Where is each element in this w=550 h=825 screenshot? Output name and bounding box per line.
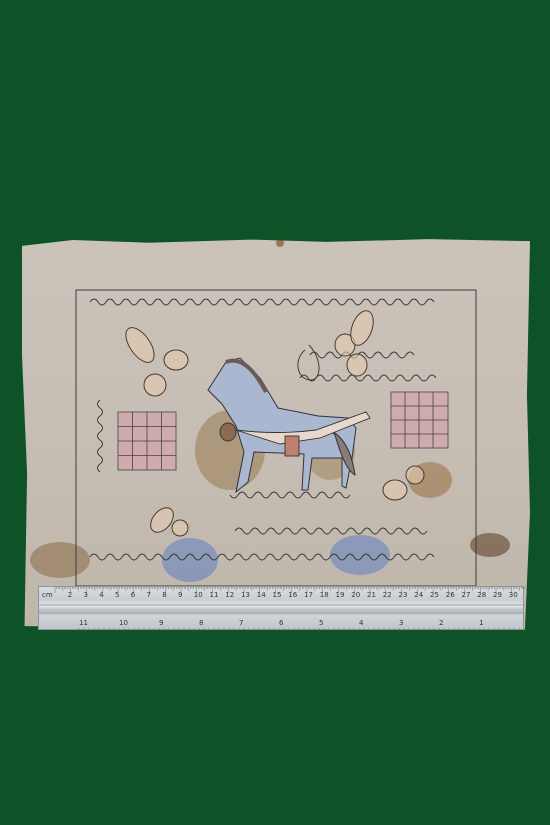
ruler-inch-label: 5 bbox=[319, 619, 323, 627]
ruler-inch-label: 1 bbox=[479, 619, 483, 627]
ruler-cm-label: 21 bbox=[367, 591, 376, 599]
ruler-inch-label: 4 bbox=[359, 619, 363, 627]
ruler-inch-label: 10 bbox=[119, 619, 128, 627]
ruler-cm-label: 22 bbox=[383, 591, 392, 599]
measuring-ruler: cm 2345678910111213141516171819202122232… bbox=[38, 586, 524, 630]
ruler-cm-label: 2 bbox=[68, 591, 72, 599]
ruler-cm-label: 14 bbox=[257, 591, 266, 599]
ruler-cm-label: 8 bbox=[162, 591, 166, 599]
ruler-cm-label: 17 bbox=[304, 591, 313, 599]
ruler-cm-label: 11 bbox=[210, 591, 219, 599]
ruler-inch-label: 9 bbox=[159, 619, 163, 627]
ruler-cm-label: 19 bbox=[336, 591, 345, 599]
ruler-cm-label: 10 bbox=[194, 591, 203, 599]
ruler-cm-label: 27 bbox=[462, 591, 471, 599]
ruler-cm-label: 9 bbox=[178, 591, 182, 599]
ruler-cm-label: 29 bbox=[493, 591, 502, 599]
ruler-cm-label: 28 bbox=[477, 591, 486, 599]
magic-square-left bbox=[118, 412, 176, 470]
ruler-inch-label: 11 bbox=[79, 619, 88, 627]
ruler-cm-label: 20 bbox=[351, 591, 360, 599]
ruler-cm-label: 3 bbox=[84, 591, 88, 599]
ruler-inch-label: 8 bbox=[199, 619, 203, 627]
ruler-inch-label: 7 bbox=[239, 619, 243, 627]
ruler-cm-label: 12 bbox=[225, 591, 234, 599]
ruler-cm-label: 4 bbox=[99, 591, 103, 599]
ruler-cm-label: 30 bbox=[509, 591, 518, 599]
ruler-cm-label: 6 bbox=[131, 591, 135, 599]
ruler-inch-label: 2 bbox=[439, 619, 443, 627]
ruler-cm-label: 23 bbox=[399, 591, 408, 599]
ruler-inch-label: 3 bbox=[399, 619, 403, 627]
ruler-cm-label: 5 bbox=[115, 591, 119, 599]
ruler-cm-label: 25 bbox=[430, 591, 439, 599]
ruler-cm-label: 26 bbox=[446, 591, 455, 599]
ruler-cm-label: 16 bbox=[288, 591, 297, 599]
magic-square-right bbox=[391, 392, 448, 448]
ruler-cm-label: 13 bbox=[241, 591, 250, 599]
cloth-drawing bbox=[0, 0, 550, 825]
ruler-cm-label: 7 bbox=[147, 591, 151, 599]
ruler-inch-label: 6 bbox=[279, 619, 283, 627]
ruler-cm-label: 15 bbox=[273, 591, 282, 599]
photo-scene: cm 2345678910111213141516171819202122232… bbox=[0, 0, 550, 825]
ruler-cm-label: 24 bbox=[414, 591, 423, 599]
ruler-cm-label: 18 bbox=[320, 591, 329, 599]
